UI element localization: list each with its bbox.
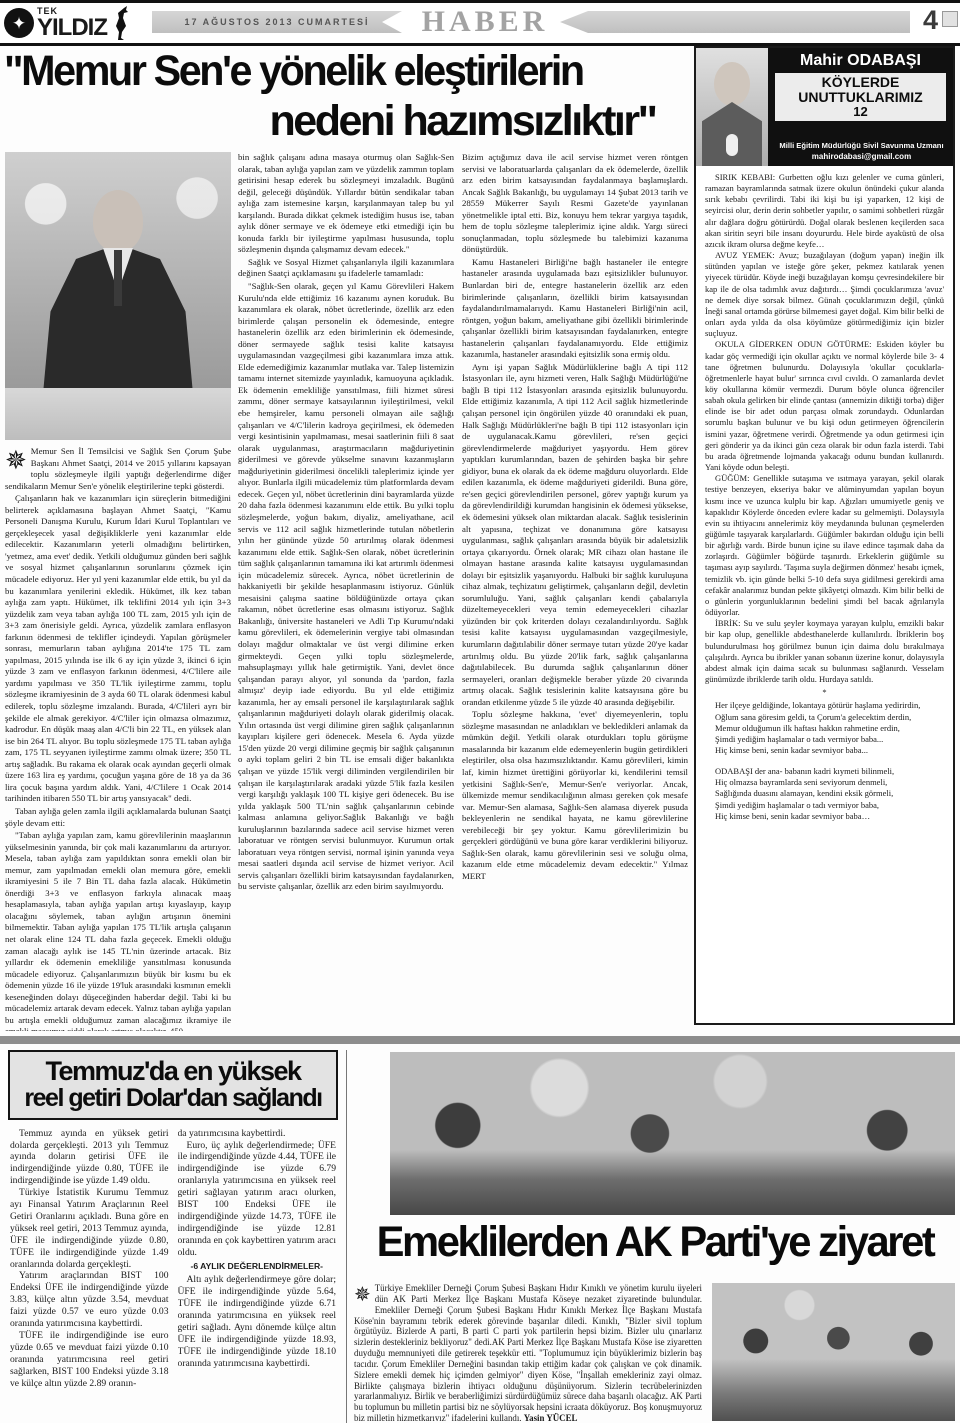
article-paragraph: Temmuz ayında en yüksek getiri dolarda g… xyxy=(10,1128,169,1188)
poem-line: Şimdi yediğim haşlamalar o tadı vermiyor… xyxy=(705,800,944,811)
logo-main-text: YILDIZ xyxy=(37,16,107,40)
main-article-column-mid: bin sağlık çalışanı adına masaya oturmuş… xyxy=(238,152,454,1030)
caption-byline: Yasin YÜCEL xyxy=(524,1413,578,1421)
article-paragraph: Taban aylığa gelen zamla ilgili açıklama… xyxy=(5,806,231,829)
article-paragraph: Aynı işi yapan Sağlık Müdürlüklerine bağ… xyxy=(462,362,688,708)
lead-paragraph: ✵Memur Sen İl Temsilcisi ve Sağlık Sen Ç… xyxy=(5,446,231,492)
masthead: ✦ TEK YILDIZ 17 AĞUSTOS 2013 CUMARTESİ H… xyxy=(0,0,960,46)
opinion-paragraph: AVUZ YEMEK: Avuz; buzağılayan (doğum yap… xyxy=(705,250,944,339)
article-paragraph: Altı aylık değerlendirmeye göre dolar; Ü… xyxy=(178,1274,337,1369)
poem-line: Şimdi yediğim haşlamalar o tadı vermiyor… xyxy=(705,734,944,745)
article-paragraph: "Sağlık-Sen olarak, geçen yıl Kamu Görev… xyxy=(238,281,454,893)
author-email: mahirodabasi@gmail.com xyxy=(770,152,953,161)
newspaper-page: ✦ TEK YILDIZ 17 AĞUSTOS 2013 CUMARTESİ H… xyxy=(0,0,960,1423)
dolar-headline-box: Temmuz'da en yüksek reel getiri Dolar'da… xyxy=(8,1050,338,1120)
article-paragraph: bin sağlık çalışanı adına masaya oturmuş… xyxy=(238,152,454,256)
article-paragraph: Bizim açtığımız dava ile acil servise hi… xyxy=(462,152,688,256)
decorative-ribbon xyxy=(560,11,910,33)
article-paragraph: Euro, üç aylık değerlendirmede; ÜFE ile … xyxy=(178,1140,337,1259)
dolar-headline-line2: reel getiri Dolar'dan sağlandı xyxy=(10,1085,336,1111)
poem-line: Hiç olmazsa bayramlarda seni seviyorum d… xyxy=(705,777,944,788)
photo-desk-shape xyxy=(5,388,231,440)
akparti-headline: Emeklilerden AK Parti'ye ziyaret xyxy=(361,1218,949,1267)
main-article-column-left: ✵Memur Sen İl Temsilcisi ve Sağlık Sen Ç… xyxy=(5,446,231,1031)
vertical-rule xyxy=(346,1050,347,1423)
compass-star-icon: ✦ xyxy=(4,8,34,38)
akparti-photo-small xyxy=(712,1283,955,1421)
poem-line: Hiç kimse beni, senin kadar sevmiyor bab… xyxy=(705,745,944,756)
column-title-line3: 12 xyxy=(775,105,945,119)
main-article-photo xyxy=(5,152,231,440)
article-paragraph: TÜFE ile indirgendiğinde ise euro yüzde … xyxy=(10,1330,169,1390)
akparti-caption: ✵Türkiye Emekliler Derneği Çorum Şubesi … xyxy=(354,1283,702,1421)
article-paragraph: Kamu Hastaneleri Birliği'ne bağlı hastan… xyxy=(462,257,688,361)
author-title: Milli Eğitim Müdürlüğü Sivil Savunma Uzm… xyxy=(770,141,953,150)
page-number: 4 xyxy=(923,5,938,36)
opinion-paragraph: İBRİK: Su ve sulu şeyler koymaya yarayan… xyxy=(705,618,944,685)
lead-text: Memur Sen İl Temsilcisi ve Sağlık Sen Ço… xyxy=(5,446,231,491)
poem-line: Her ilçeye geldiğinde, lokantaya götürür… xyxy=(705,700,944,711)
rooster-icon xyxy=(112,6,132,40)
akparti-photo-large xyxy=(390,1052,955,1215)
article-paragraph: Sağlık ve Sosyal Hizmet çalışanlarıyla i… xyxy=(238,257,454,280)
column-title-line2: UNUTTUKLARIMIZ xyxy=(775,90,945,105)
main-article-column-right: Bizim açtığımız dava ile acil servise hi… xyxy=(462,152,688,1030)
main-headline-line1: "Memur Sen'e yönelik eleştirilerin xyxy=(4,47,666,96)
poem-gap xyxy=(705,756,944,766)
column-title: KÖYLERDE UNUTTUKLARIMIZ 12 xyxy=(775,73,945,121)
photo-head-shape xyxy=(714,62,750,106)
microphone-shape xyxy=(726,134,738,156)
dolar-column-1: Temmuz ayında en yüksek getiri dolarda g… xyxy=(10,1128,169,1403)
date-ribbon: 17 AĞUSTOS 2013 CUMARTESİ xyxy=(152,11,402,33)
compass-star-icon: ✵ xyxy=(5,448,27,474)
poem-line: Hiç kimse beni, senin kadar sevmiyor bab… xyxy=(705,811,944,822)
corner-box xyxy=(942,11,958,27)
opinion-column-body: SIRIK KEBABI: Gurbetten oğlu kızı gelenl… xyxy=(696,166,953,1010)
dolar-column-2: da yatırımcısına kaybettirdi. Euro, üç a… xyxy=(178,1128,337,1403)
dolar-headline-line1: Temmuz'da en yüksek xyxy=(10,1057,336,1085)
article-paragraph: da yatırımcısına kaybettirdi. xyxy=(178,1128,337,1140)
opinion-paragraph: OKULA GİDERKEN ODUN GÖTÜRME: Eskiden köy… xyxy=(705,339,944,473)
author-name: Mahir ODABAŞI xyxy=(768,48,953,73)
opinion-column: Mahir ODABAŞI KÖYLERDE UNUTTUKLARIMIZ 12… xyxy=(694,46,955,1025)
poem-line: Sağlığında duasını alamayan, kendini eks… xyxy=(705,788,944,799)
author-photo xyxy=(696,48,768,166)
poem-line: ODABAŞI der ana- babanın kadri kıymeti b… xyxy=(705,766,944,777)
separator-asterisk: * xyxy=(705,687,944,698)
opinion-column-header: Mahir ODABAŞI KÖYLERDE UNUTTUKLARIMIZ 12… xyxy=(696,48,953,166)
newspaper-logo: ✦ TEK YILDIZ xyxy=(4,5,132,41)
column-title-line1: KÖYLERDE xyxy=(775,75,945,90)
article-paragraph: "Taban aylığa yapılan zam, kamu görevlil… xyxy=(5,830,231,1031)
main-headline-line2: nedeni hazımsızlıktır" xyxy=(235,97,690,146)
section-title: HABER xyxy=(415,5,555,39)
compass-star-icon: ✵ xyxy=(354,1285,371,1305)
issue-date: 17 AĞUSTOS 2013 CUMARTESİ xyxy=(184,17,369,27)
dolar-subhead: -6 AYLIK DEĞERLENDİRMELER- xyxy=(178,1261,337,1273)
photo-tie-shape xyxy=(114,250,122,306)
opinion-paragraph: GÜĞÜM: Genellikle sutaşıma ve ısıtmaya y… xyxy=(705,473,944,618)
article-paragraph: Yatırım araçlarından BIST 100 Endeksi ÜF… xyxy=(10,1270,169,1330)
photo-head-shape xyxy=(93,190,143,252)
poem-line: Memur olduğumun ilk haftası hakkın rahme… xyxy=(705,723,944,734)
poem-line: Oğlum sana göresim geldi, ta Çorum'a gel… xyxy=(705,712,944,723)
article-paragraph-with-byline: Toplu sözleşme hakkına, 'evet' diyemeyen… xyxy=(462,709,688,882)
section-divider xyxy=(0,1036,960,1040)
dolar-article: Temmuz'da en yüksek reel getiri Dolar'da… xyxy=(6,1050,340,1423)
article-paragraph: Çalışanların hak ve kazanımları için sür… xyxy=(5,493,231,805)
opinion-paragraph: SIRIK KEBABI: Gurbetten oğlu kızı gelenl… xyxy=(705,172,944,250)
caption-text: Türkiye Emekliler Derneği Çorum Şubesi B… xyxy=(354,1283,702,1421)
article-paragraph: Türkiye İstatistik Kurumu Temmuz ayı Fin… xyxy=(10,1187,169,1270)
